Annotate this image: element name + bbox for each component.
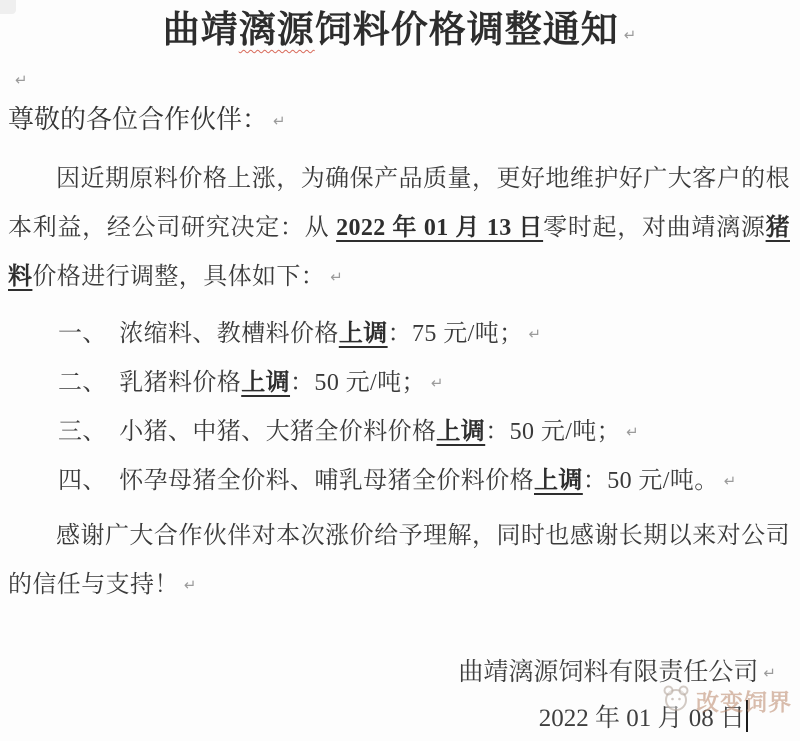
paragraph-mark-icon: ↵ xyxy=(724,472,737,490)
intro-text: 价格进行调整，具体如下： xyxy=(32,264,325,290)
title-segment-post: 饲料价格调整通知 xyxy=(315,10,619,51)
document-page[interactable]: 曲靖漓源饲料价格调整通知↵ ↵ 尊敬的各位合作伙伴：↵ 因近期原料价格上涨，为确… xyxy=(0,0,800,741)
item-text: ：50 元/吨； xyxy=(290,370,426,396)
item-text: ：50 元/吨。 xyxy=(583,468,719,494)
item-emph: 上调 xyxy=(534,468,583,494)
list-item: 四、 怀孕母猪全价料、哺乳母猪全价料价格上调：50 元/吨。↵ xyxy=(0,457,800,506)
paragraph-mark-icon: ↵ xyxy=(330,268,343,286)
paragraph-mark-icon: ↵ xyxy=(626,423,639,441)
scan-corner-artifact xyxy=(0,0,16,14)
paragraph-mark-icon: ↵ xyxy=(624,26,638,44)
item-text: 四、 怀孕母猪全价料、哺乳母猪全价料价格 xyxy=(58,468,534,494)
greeting-text: 尊敬的各位合作伙伴： xyxy=(8,105,268,134)
item-text: 三、 小猪、中猪、大猪全价料价格 xyxy=(58,419,436,445)
item-emph: 上调 xyxy=(339,321,388,347)
paragraph-mark-icon: ↵ xyxy=(184,576,197,594)
paragraph-mark-icon: ↵ xyxy=(529,325,542,343)
greeting-line: 尊敬的各位合作伙伴：↵ xyxy=(0,98,800,143)
intro-text: 零时起，对曲靖漓源 xyxy=(543,215,766,241)
item-text: ：75 元/吨； xyxy=(388,321,524,347)
paragraph-mark-icon: ↵ xyxy=(273,112,286,130)
signature-company: 曲靖漓源饲料有限责任公司↵ xyxy=(0,650,800,696)
intro-paragraph: 因近期原料价格上涨，为确保产品质量，更好地维护好广大客户的根本利益，经公司研究决… xyxy=(0,155,800,302)
empty-paragraph: ↵ xyxy=(0,62,800,98)
list-item: 二、 乳猪料价格上调：50 元/吨；↵ xyxy=(0,359,800,408)
closing-text: 感谢广大合作伙伴对本次涨价给予理解，同时也感谢长期以来对公司的信任与支持！ xyxy=(8,523,790,598)
paragraph-mark-icon: ↵ xyxy=(763,664,776,682)
paragraph-mark-icon: ↵ xyxy=(431,374,444,392)
list-item: 一、 浓缩料、教槽料价格上调：75 元/吨；↵ xyxy=(0,310,800,359)
item-emph: 上调 xyxy=(241,370,290,396)
closing-paragraph: 感谢广大合作伙伴对本次涨价给予理解，同时也感谢长期以来对公司的信任与支持！↵ xyxy=(0,512,800,610)
item-text: 二、 乳猪料价格 xyxy=(58,370,241,396)
paragraph-mark-icon: ↵ xyxy=(15,71,28,89)
text-cursor xyxy=(746,700,748,732)
company-name: 曲靖漓源饲料有限责任公司 xyxy=(458,659,758,686)
title-segment-pre: 曲靖 xyxy=(163,10,239,51)
price-adjustment-list: 一、 浓缩料、教槽料价格上调：75 元/吨；↵ 二、 乳猪料价格上调：50 元/… xyxy=(0,310,800,506)
item-text: 一、 浓缩料、教槽料价格 xyxy=(58,321,339,347)
date-text: 2022 年 01 月 08 日 xyxy=(539,705,745,732)
list-item: 三、 小猪、中猪、大猪全价料价格上调：50 元/吨；↵ xyxy=(0,408,800,457)
effective-date: 2022 年 01 月 13 日 xyxy=(336,215,543,241)
item-emph: 上调 xyxy=(436,419,485,445)
signature-date: 2022 年 01 月 08 日 xyxy=(0,696,800,741)
item-text: ：50 元/吨； xyxy=(485,419,621,445)
title-segment-spellcheck: 漓源 xyxy=(239,10,315,51)
page-title: 曲靖漓源饲料价格调整通知↵ xyxy=(0,0,800,62)
